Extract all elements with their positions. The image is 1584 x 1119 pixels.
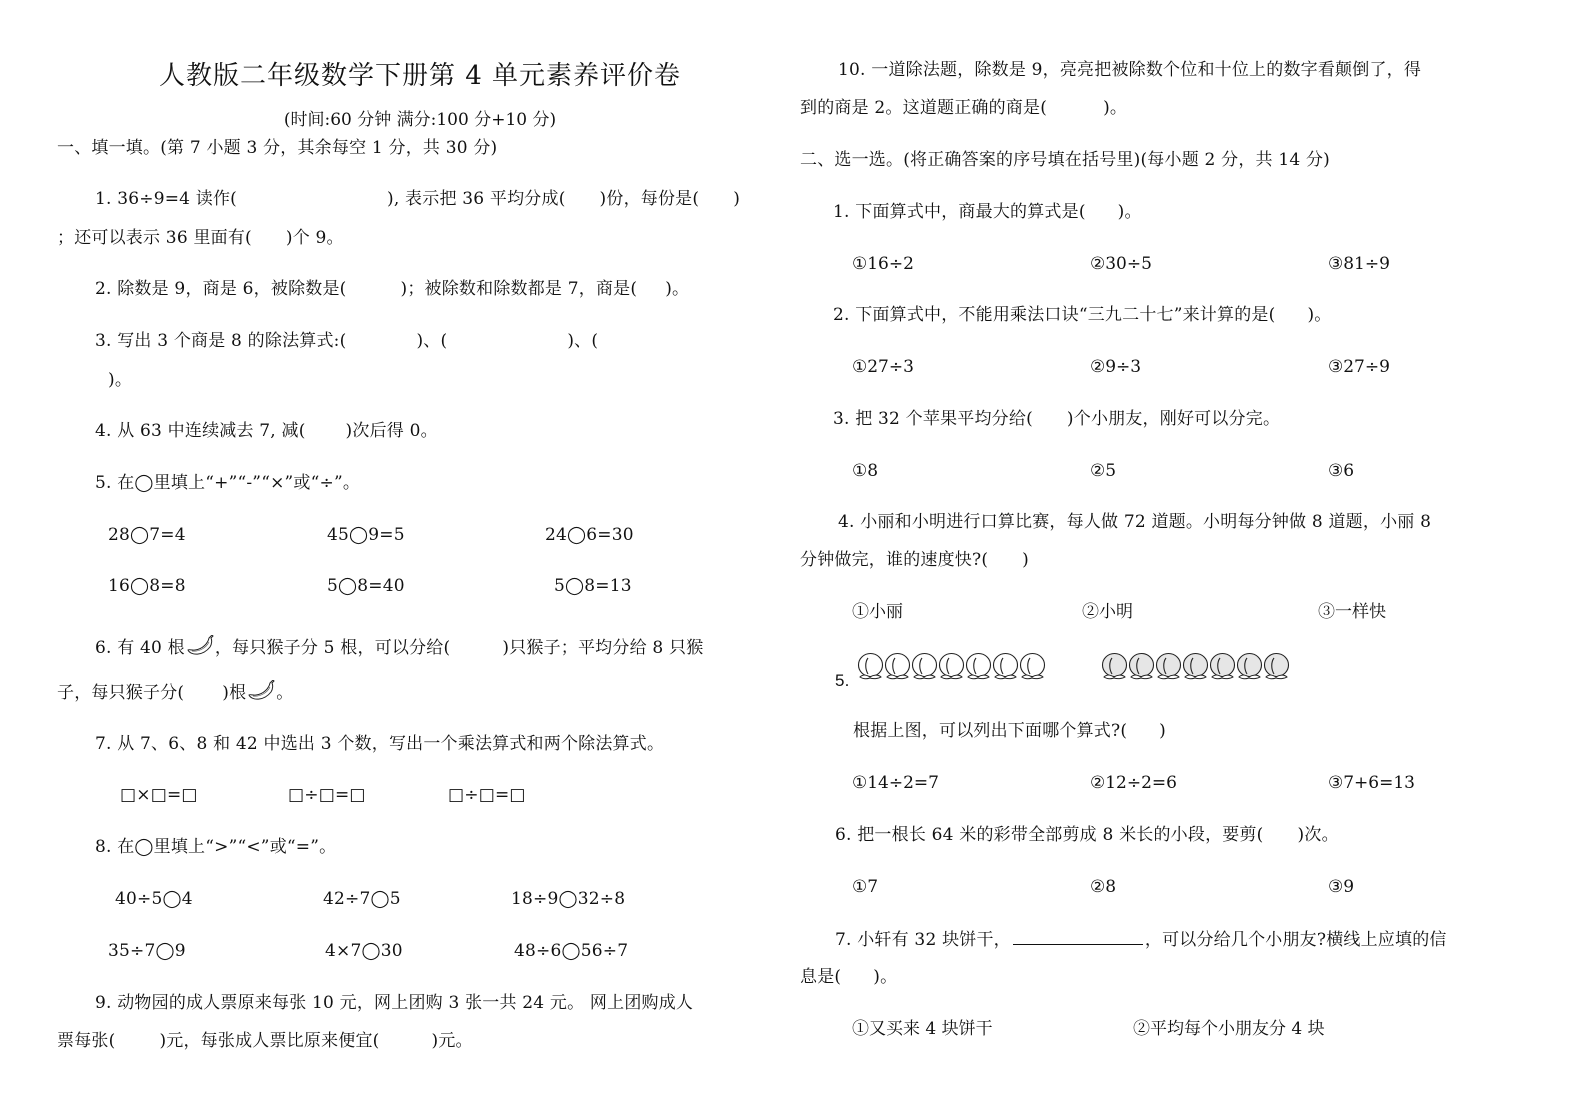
peach-icon [1236,652,1263,682]
s2-q5-number: 5. [835,670,850,692]
s2-q5-option[interactable]: ③7+6=13 [1328,772,1415,794]
peach-icon [1155,652,1182,682]
s1-q1-line2: ；还可以表示 36 里面有()个 9。 [57,227,344,249]
banana-icon [246,680,276,702]
s2-q4-option[interactable]: ③一样快 [1318,601,1386,623]
s1-q7-item[interactable]: □÷□=□ [448,784,526,806]
s2-q4-text-b: ) [1022,550,1029,570]
s1-q9-line1: 9. 动物园的成人票原来每张 10 元，网上团购 3 张一共 24 元。 网上团… [95,992,693,1014]
s2-q2: 2. 下面算式中，不能用乘法口诀“三九二十七”来计算的是()。 [833,304,1331,326]
s1-q8-item[interactable]: 18÷9◯32÷8 [511,888,625,910]
s1-q2-text-c: )。 [665,279,689,299]
exam-page: 人教版二年级数学下册第 4 单元素养评价卷 (时间:60 分钟 满分:100 分… [0,0,1584,1119]
s2-q4-option[interactable]: ②小明 [1082,601,1133,623]
s2-q1: 1. 下面算式中，商最大的算式是()。 [833,201,1142,223]
s2-q3-option[interactable]: ①8 [852,460,878,482]
peach-icon [992,652,1019,682]
s1-q5-item[interactable]: 16◯8=8 [108,575,186,597]
page-title: 人教版二年级数学下册第 4 单元素养评价卷 [0,60,840,92]
s1-q8-item[interactable]: 48÷6◯56÷7 [514,940,628,962]
s2-q3-option[interactable]: ③6 [1328,460,1354,482]
s2-q6: 6. 把一根长 64 米的彩带全部剪成 8 米长的小段，要剪()次。 [835,824,1339,846]
s2-q4-text-a: 分钟做完，谁的速度快?( [800,550,988,570]
peach-icon [911,652,938,682]
banana-icon [185,635,215,657]
answer-underline-blank[interactable] [1013,928,1143,945]
s2-q6-option[interactable]: ③9 [1328,876,1354,898]
peach-group-white [857,652,1046,682]
peach-icon [1128,652,1155,682]
s2-q5-option[interactable]: ②12÷2=6 [1090,772,1177,794]
s2-q6-option[interactable]: ①7 [852,876,878,898]
peach-icon [1182,652,1209,682]
s1-q7-item[interactable]: □÷□=□ [288,784,366,806]
s1-q2-text-b: )；被除数和除数都是 7，商是( [401,279,638,299]
s1-q1-text-e: ；还可以表示 36 里面有( [57,228,252,248]
peach-icon [938,652,965,682]
s1-q10-text-b: )。 [1103,98,1127,118]
s2-q4-line2: 分钟做完，谁的速度快?() [800,549,1029,571]
s1-q6-text-d: 子，每只猴子分( [57,683,184,703]
s1-q10-text-a: 到的商是 2。这道题正确的商是( [800,98,1047,118]
s2-q1-text-b: )。 [1118,202,1142,222]
s1-q4-text-b: )次后得 0。 [346,421,438,441]
s2-q2-text-a: 2. 下面算式中，不能用乘法口诀“三九二十七”来计算的是( [833,305,1275,325]
s2-q7-option[interactable]: ①又买来 4 块饼干 [852,1018,993,1040]
peach-icon [1019,652,1046,682]
s1-q7-prompt: 7. 从 7、6、8 和 42 中选出 3 个数，写出一个乘法算式和两个除法算式… [95,733,664,755]
s1-q8-item[interactable]: 35÷7◯9 [108,940,186,962]
s1-q1-line1: 1. 36÷9=4 读作(), 表示把 36 平均分成()份，每份是() [95,188,740,210]
s2-q6-text-b: )次。 [1298,825,1339,845]
peach-icon [1263,652,1290,682]
s1-q8-item[interactable]: 42÷7◯5 [323,888,401,910]
s1-q6-text-c: )只猴子；平均分给 8 只猴 [502,638,703,658]
s1-q5-item[interactable]: 45◯9=5 [327,524,405,546]
s1-q3-text-b: )、( [416,331,447,351]
s1-q5-item[interactable]: 5◯8=40 [327,575,405,597]
s2-q2-option[interactable]: ①27÷3 [852,356,914,378]
s1-q8-item[interactable]: 4×7◯30 [325,940,403,962]
s2-q2-text-b: )。 [1307,305,1331,325]
s1-q9-line2: 票每张()元，每张成人票比原来便宜()元。 [57,1030,473,1052]
s2-q3-option[interactable]: ②5 [1090,460,1116,482]
peach-icon [965,652,992,682]
s1-q5-item[interactable]: 28◯7=4 [108,524,186,546]
s2-q4-line1: 4. 小丽和小明进行口算比赛，每人做 72 道题。小明每分钟做 8 道题，小丽 … [838,511,1431,533]
s1-q6-line1: 6. 有 40 根，每只猴子分 5 根，可以分给()只猴子；平均分给 8 只猴 [95,635,703,659]
s1-q1-text-a: 1. 36÷9=4 读作( [95,189,237,209]
s2-q3-text-a: 3. 把 32 个苹果平均分给( [833,409,1033,429]
s1-q3-text-a: 3. 写出 3 个商是 8 的除法算式:( [95,331,346,351]
s1-q5-item[interactable]: 5◯8=13 [554,575,632,597]
s1-q4-text-a: 4. 从 63 中连续减去 7, 减( [95,421,306,441]
section-2-heading: 二、选一选。(将正确答案的序号填在括号里)(每小题 2 分，共 14 分) [800,149,1330,171]
s2-q7-line2: 息是()。 [800,966,897,988]
peach-icon [1101,652,1128,682]
s2-q1-option[interactable]: ③81÷9 [1328,253,1390,275]
s2-q2-option[interactable]: ③27÷9 [1328,356,1390,378]
s1-q1-text-d: ) [733,189,740,209]
s1-q2: 2. 除数是 9，商是 6，被除数是()；被除数和除数都是 7，商是()。 [95,278,689,300]
s2-q4-option[interactable]: ①小丽 [852,601,903,623]
s2-q3: 3. 把 32 个苹果平均分给()个小朋友，刚好可以分完。 [833,408,1280,430]
s1-q6-line2: 子，每只猴子分()根。 [57,680,293,704]
s1-q9-text-c: )元。 [432,1031,473,1051]
s2-q2-option[interactable]: ②9÷3 [1090,356,1141,378]
s1-q2-text-a: 2. 除数是 9，商是 6，被除数是( [95,279,347,299]
s2-q7-line1: 7. 小轩有 32 块饼干，，可以分给几个小朋友?横线上应填的信 [835,928,1447,951]
s1-q9-text-a: 票每张( [57,1031,115,1051]
s1-q7-item[interactable]: □×□=□ [120,784,198,806]
s2-q5-text-b: ) [1159,721,1166,741]
s1-q4: 4. 从 63 中连续减去 7, 减()次后得 0。 [95,420,438,442]
s1-q3: 3. 写出 3 个商是 8 的除法算式:()、()、( [95,330,598,352]
s1-q3-line2: )。 [108,369,132,391]
peach-icon [857,652,884,682]
s1-q6-text-e: )根 [222,683,246,703]
s1-q5-item[interactable]: 24◯6=30 [545,524,634,546]
s2-q1-text-a: 1. 下面算式中，商最大的算式是( [833,202,1086,222]
s1-q6-text-a: 6. 有 40 根 [95,638,185,658]
s2-q3-text-b: )个小朋友，刚好可以分完。 [1067,409,1280,429]
s1-q9-text-b: )元，每张成人票比原来便宜( [159,1031,379,1051]
s1-q10-line1: 10. 一道除法题，除数是 9，亮亮把被除数个位和十位上的数字看颠倒了，得 [838,59,1421,81]
s2-q7-text-d: )。 [873,967,897,987]
s2-q5-text-a: 根据上图，可以列出下面哪个算式?( [853,721,1127,741]
s1-q5-prompt: 5. 在◯里填上“+”“-”“×”或“÷”。 [95,472,360,494]
s1-q1-text-f: )个 9。 [286,228,344,248]
s1-q6-text-f: 。 [276,683,293,703]
peach-icon [884,652,911,682]
s1-q8-item[interactable]: 40÷5◯4 [115,888,193,910]
s2-q7-text-a: 7. 小轩有 32 块饼干， [835,930,1011,950]
s2-q6-option[interactable]: ②8 [1090,876,1116,898]
s2-q6-text-a: 6. 把一根长 64 米的彩带全部剪成 8 米长的小段，要剪( [835,825,1264,845]
s1-q1-text-c: )份，每份是( [600,189,700,209]
s2-q7-text-b: ，可以分给几个小朋友?横线上应填的信 [1145,930,1447,950]
s2-q7-text-c: 息是( [800,967,841,987]
s1-q3-text-c: )、( [567,331,598,351]
s1-q6-text-b: ，每只猴子分 5 根，可以分给( [215,638,450,658]
peach-icon [1209,652,1236,682]
s2-q1-option[interactable]: ②30÷5 [1090,253,1152,275]
s1-q8-prompt: 8. 在◯里填上“>”“<”或“=”。 [95,836,336,858]
s2-q5-option[interactable]: ①14÷2=7 [852,772,939,794]
s1-q1-text-b: ), 表示把 36 平均分成( [387,189,566,209]
s1-q10-line2: 到的商是 2。这道题正确的商是()。 [800,97,1127,119]
s2-q1-option[interactable]: ①16÷2 [852,253,914,275]
peach-group-gray [1101,652,1290,682]
s2-q5-prompt: 根据上图，可以列出下面哪个算式?() [853,720,1166,742]
s2-q7-option[interactable]: ②平均每个小朋友分 4 块 [1133,1018,1325,1040]
exam-info: (时间:60 分钟 满分:100 分+10 分) [0,109,840,131]
section-1-heading: 一、填一填。(第 7 小题 3 分，其余每空 1 分，共 30 分) [57,137,497,159]
